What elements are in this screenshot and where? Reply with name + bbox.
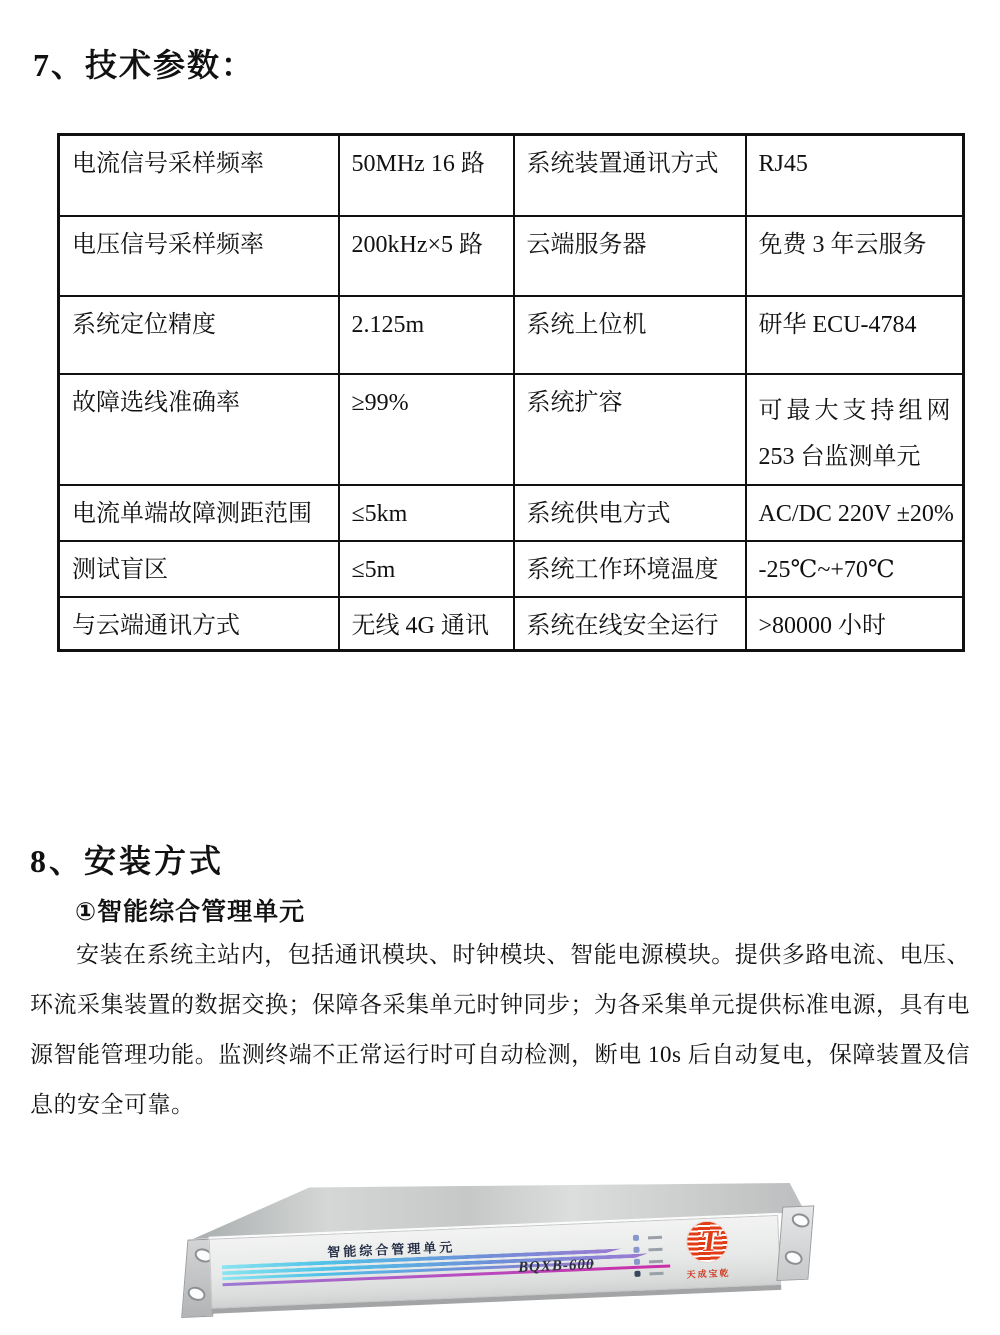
param-value-cell: ≥99%: [339, 374, 514, 485]
section8-paragraph: 安装在系统主站内，包括通讯模块、时钟模块、智能电源模块。提供多路电流、电压、环流…: [30, 930, 970, 1130]
section8-heading: 8、安装方式: [30, 836, 224, 882]
param-name-cell: 测试盲区: [59, 541, 339, 597]
param-value-cell: 免费 3 年云服务: [746, 216, 964, 296]
param-value-cell: 200kHz×5 路: [339, 216, 514, 296]
param-name-cell: 故障选线准确率: [59, 374, 339, 485]
param-name-cell: 系统在线安全运行: [514, 597, 746, 651]
table-row: 测试盲区 ≤5m 系统工作环境温度 -25℃~+70℃: [59, 541, 964, 597]
param-name-cell: 与云端通讯方式: [59, 597, 339, 651]
param-value-cell: 50MHz 16 路: [339, 135, 514, 216]
model-label: BQXB-600: [518, 1257, 595, 1277]
param-value-cell: -25℃~+70℃: [746, 541, 964, 597]
mounting-hole-icon: [782, 1248, 805, 1267]
param-name-cell: 系统扩容: [514, 374, 746, 485]
led-indicator-icon: [634, 1271, 640, 1277]
tech-params-table: 电流信号采样频率 50MHz 16 路 系统装置通讯方式 RJ45 电压信号采样…: [57, 133, 965, 652]
table-row: 与云端通讯方式 无线 4G 通讯 系统在线安全运行 >80000 小时: [59, 597, 964, 651]
led-label-bar: [649, 1271, 663, 1275]
param-name-cell: 电流信号采样频率: [59, 135, 339, 216]
led-indicator-icon: [633, 1247, 639, 1253]
param-value-cell: ≤5km: [339, 485, 514, 541]
param-value-cell: 2.125m: [339, 296, 514, 374]
table-row: 系统定位精度 2.125m 系统上位机 研华 ECU-4784: [59, 296, 964, 374]
brand-logo-icon: T: [686, 1221, 728, 1263]
section7-heading: 7、技术参数：: [33, 40, 255, 86]
led-row: [634, 1267, 663, 1280]
rack-ear-right: [776, 1205, 814, 1281]
led-label-bar: [648, 1235, 662, 1239]
device-photo: 智能综合管理单元 BQXB-600: [183, 1183, 820, 1315]
led-label-bar: [649, 1259, 663, 1263]
param-value-cell: 可最大支持组网 253 台监测单元: [746, 374, 964, 485]
param-value-cell: 研华 ECU-4784: [746, 296, 964, 374]
table-row: 电流信号采样频率 50MHz 16 路 系统装置通讯方式 RJ45: [59, 135, 964, 216]
param-value-cell: RJ45: [746, 135, 964, 216]
brand-name: 天成宝乾: [676, 1266, 740, 1282]
param-name-cell: 系统工作环境温度: [514, 541, 746, 597]
led-panel: [633, 1231, 664, 1280]
led-label-bar: [648, 1247, 662, 1251]
param-name-cell: 系统定位精度: [59, 296, 339, 374]
led-indicator-icon: [634, 1259, 640, 1265]
param-name-cell: 系统供电方式: [514, 485, 746, 541]
param-name-cell: 系统装置通讯方式: [514, 135, 746, 216]
param-name-cell: 电压信号采样频率: [59, 216, 339, 296]
param-name-cell: 电流单端故障测距范围: [59, 485, 339, 541]
param-value-cell: AC/DC 220V ±20%: [746, 485, 964, 541]
mounting-hole-icon: [185, 1284, 208, 1303]
expand-capacity-line1: 可最大支持组网: [759, 388, 959, 434]
param-value-cell: 无线 4G 通讯: [339, 597, 514, 651]
led-indicator-icon: [633, 1235, 639, 1241]
param-name-cell: 云端服务器: [514, 216, 746, 296]
brand-logo-letter: T: [699, 1221, 719, 1262]
section8-subheading: ①智能综合管理单元: [75, 892, 305, 928]
expand-capacity-line2: 253 台监测单元: [759, 434, 959, 480]
mounting-hole-icon: [789, 1211, 812, 1230]
param-value-cell: >80000 小时: [746, 597, 964, 651]
table-row: 电压信号采样频率 200kHz×5 路 云端服务器 免费 3 年云服务: [59, 216, 964, 296]
param-name-cell: 系统上位机: [514, 296, 746, 374]
param-value-cell: ≤5m: [339, 541, 514, 597]
table-row: 电流单端故障测距范围 ≤5km 系统供电方式 AC/DC 220V ±20%: [59, 485, 964, 541]
table-row: 故障选线准确率 ≥99% 系统扩容 可最大支持组网 253 台监测单元: [59, 374, 964, 485]
